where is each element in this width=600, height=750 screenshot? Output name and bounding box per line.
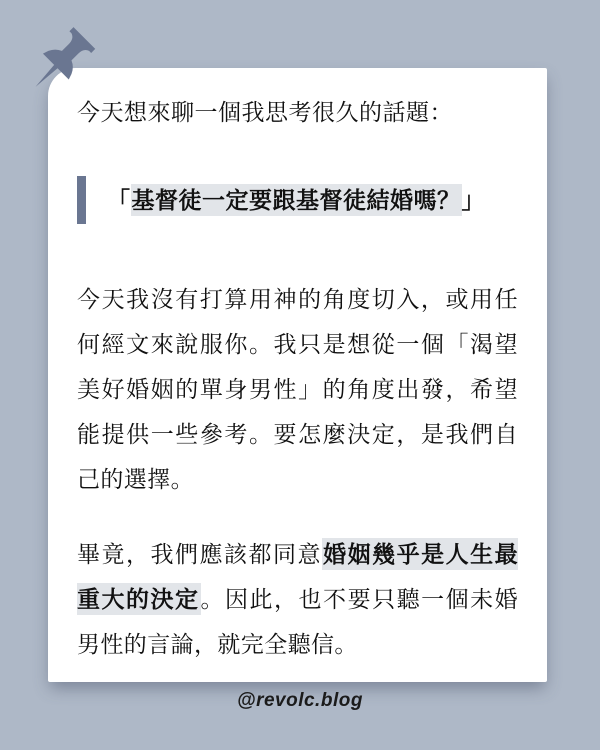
quote-highlighted-text: 基督徒一定要跟基督徒結婚嗎？ (131, 184, 462, 216)
intro-text: 今天想來聊一個我思考很久的話題： (77, 94, 518, 130)
paragraph-two-lead: 畢竟，我們應該都同意 (77, 541, 322, 567)
post-card: 今天想來聊一個我思考很久的話題： 「基督徒一定要跟基督徒結婚嗎？」 今天我沒有打… (48, 68, 547, 682)
pushpin-icon (16, 20, 112, 116)
paragraph-two: 畢竟，我們應該都同意婚姻幾乎是人生最重大的決定。因此，也不要只聽一個未婚男性的言… (77, 532, 518, 667)
account-handle: @revolc.blog (0, 690, 600, 712)
social-post-canvas: { "colors": { "background": "#aeb8c7", "… (0, 0, 600, 750)
quote-open-bracket: 「 (107, 187, 131, 213)
paragraph-one: 今天我沒有打算用神的角度切入，或用任何經文來說服你。我只是想從一個「渴望美好婚姻… (77, 277, 518, 502)
quote-close-bracket: 」 (462, 187, 486, 213)
quote-block: 「基督徒一定要跟基督徒結婚嗎？」 (77, 176, 518, 224)
